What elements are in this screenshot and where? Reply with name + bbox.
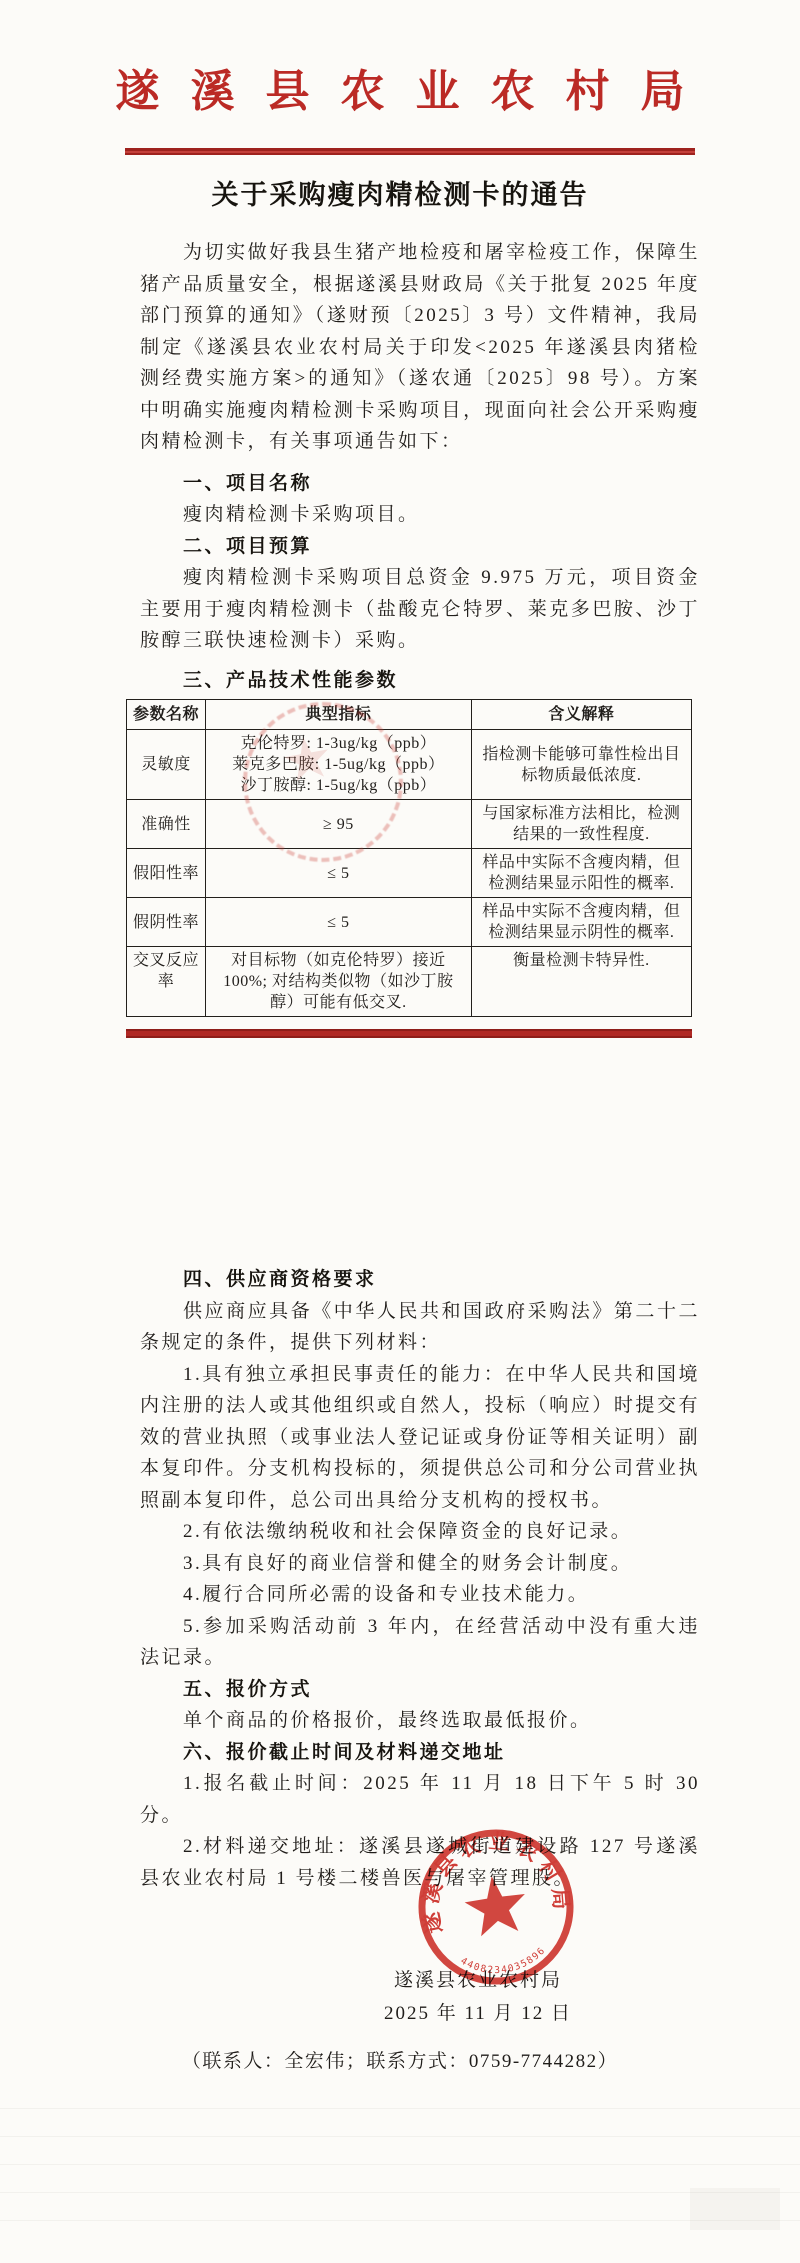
scan-artifact-blotch	[690, 2188, 780, 2230]
section-4-item: 1.具有独立承担民事责任的能力：在中华人民共和国境内注册的法人或其他组织或自然人…	[140, 1359, 700, 1517]
letterhead-agency-name: 遂溪县农业农村局	[0, 66, 800, 118]
section-4-item: 3.具有良好的商业信誉和健全的财务会计制度。	[140, 1548, 700, 1580]
cell-meaning: 样品中实际不含瘦肉精，但检测结果显示阴性的概率.	[471, 898, 691, 947]
contact-line: （联系人：全宏伟；联系方式：0759-7744282）	[0, 2046, 800, 2078]
section-6-item: 2.材料递交地址：遂溪县遂城街道建设路 127 号遂溪县农业农村局 1 号楼二楼…	[140, 1831, 700, 1894]
header-parameter-name: 参数名称	[127, 700, 206, 730]
scan-artifact-line	[0, 2220, 800, 2221]
section-3-heading: 三、产品技术性能参数	[140, 665, 700, 697]
cell-indicator: 克伦特罗: 1-3ug/kg（ppb） 莱克多巴胺: 1-5ug/kg（ppb）…	[206, 730, 472, 800]
cell-meaning: 样品中实际不含瘦肉精，但检测结果显示阳性的概率.	[471, 849, 691, 898]
cell-parameter: 假阳性率	[127, 849, 206, 898]
section-1-body: 瘦肉精检测卡采购项目。	[140, 499, 700, 531]
notice-title: 关于采购瘦肉精检测卡的通告	[0, 177, 800, 213]
table-row: 假阴性率 ≤ 5 样品中实际不含瘦肉精，但检测结果显示阴性的概率.	[127, 898, 692, 947]
section-4-item: 4.履行合同所必需的设备和专业技术能力。	[140, 1579, 700, 1611]
scan-artifact-line	[0, 2136, 800, 2137]
scan-artifact-line	[0, 2192, 800, 2193]
table-row: 准确性 ≥ 95 与国家标准方法相比，检测结果的一致性程度.	[127, 800, 692, 849]
cell-parameter: 灵敏度	[127, 730, 206, 800]
signature-block: 遂溪县农业农村局 2025 年 11 月 12 日	[358, 1964, 598, 2030]
table-row: 假阳性率 ≤ 5 样品中实际不含瘦肉精，但检测结果显示阳性的概率.	[127, 849, 692, 898]
page-footer-red-rule	[126, 1029, 692, 1038]
scan-artifact-line	[0, 2164, 800, 2165]
cell-indicator: ≥ 95	[206, 800, 472, 849]
table-row: 交叉反应率 对目标物（如克伦特罗）接近 100%; 对结构类似物（如沙丁胺醇）可…	[127, 947, 692, 1017]
cell-indicator: ≤ 5	[206, 898, 472, 947]
indicator-line: 克伦特罗: 1-3ug/kg（ppb）	[212, 733, 465, 754]
signature-agency: 遂溪县农业农村局	[358, 1964, 598, 1997]
section-6-heading: 六、报价截止时间及材料递交地址	[140, 1737, 700, 1769]
header-typical-indicator: 典型指标	[206, 700, 472, 730]
table-header-row: 参数名称 典型指标 含义解释	[127, 700, 692, 730]
header-meaning: 含义解释	[471, 700, 691, 730]
document-body: 为切实做好我县生猪产地检疫和屠宰检疫工作，保障生猪产品质量安全，根据遂溪县财政局…	[140, 237, 700, 1017]
section-2-heading: 二、项目预算	[140, 531, 700, 563]
indicator-line: 莱克多巴胺: 1-5ug/kg（ppb）	[212, 754, 465, 775]
cell-indicator: ≤ 5	[206, 849, 472, 898]
cell-meaning: 指检测卡能够可靠性检出目标物质最低浓度.	[471, 730, 691, 800]
section-2-body: 瘦肉精检测卡采购项目总资金 9.975 万元，项目资金主要用于瘦肉精检测卡（盐酸…	[140, 562, 700, 657]
section-4-item: 5.参加采购活动前 3 年内，在经营活动中没有重大违法记录。	[140, 1611, 700, 1674]
indicator-line: 沙丁胺醇: 1-5ug/kg（ppb）	[212, 775, 465, 796]
cell-indicator: 对目标物（如克伦特罗）接近 100%; 对结构类似物（如沙丁胺醇）可能有低交叉.	[206, 947, 472, 1017]
section-6-item: 1.报名截止时间：2025 年 11 月 18 日下午 5 时 30 分。	[140, 1768, 700, 1831]
cell-parameter: 假阴性率	[127, 898, 206, 947]
section-4-intro: 供应商应具备《中华人民共和国政府采购法》第二十二条规定的条件，提供下列材料：	[140, 1296, 700, 1359]
cell-meaning: 衡量检测卡特异性.	[471, 947, 691, 1017]
section-5-heading: 五、报价方式	[140, 1674, 700, 1706]
section-1-heading: 一、项目名称	[140, 468, 700, 500]
signature-date: 2025 年 11 月 12 日	[358, 1997, 598, 2030]
scan-artifact-line	[0, 2108, 800, 2109]
intro-paragraph: 为切实做好我县生猪产地检疫和屠宰检疫工作，保障生猪产品质量安全，根据遂溪县财政局…	[140, 237, 700, 458]
section-4-heading: 四、供应商资格要求	[140, 1264, 700, 1296]
letterhead-red-rule	[125, 148, 695, 155]
cell-parameter: 交叉反应率	[127, 947, 206, 1017]
cell-meaning: 与国家标准方法相比，检测结果的一致性程度.	[471, 800, 691, 849]
cell-parameter: 准确性	[127, 800, 206, 849]
table-row: 灵敏度 克伦特罗: 1-3ug/kg（ppb） 莱克多巴胺: 1-5ug/kg（…	[127, 730, 692, 800]
technical-parameters-table: 参数名称 典型指标 含义解释 灵敏度 克伦特罗: 1-3ug/kg（ppb） 莱…	[126, 699, 692, 1017]
document-page: 遂溪县农业农村局 关于采购瘦肉精检测卡的通告 为切实做好我县生猪产地检疫和屠宰检…	[0, 0, 800, 2263]
section-4-item: 2.有依法缴纳税收和社会保障资金的良好记录。	[140, 1516, 700, 1548]
section-5-body: 单个商品的价格报价，最终选取最低报价。	[140, 1705, 700, 1737]
document-body-page2: 四、供应商资格要求 供应商应具备《中华人民共和国政府采购法》第二十二条规定的条件…	[140, 1264, 700, 1894]
